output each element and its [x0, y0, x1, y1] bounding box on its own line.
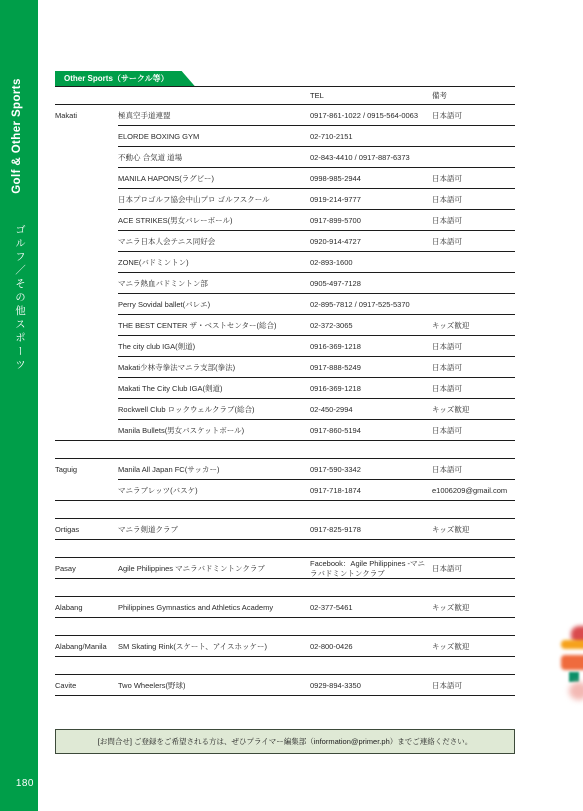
club-name: SM Skating Rink(スケート、アイスホッケー): [118, 642, 310, 652]
tel-value: 0919-214-9777: [310, 195, 432, 205]
table-row: ZONE(バドミントン)02-893-1600: [55, 252, 515, 273]
club-name: Makati少林寺拳法マニラ支部(拳法): [118, 363, 310, 373]
club-name: 不動心 合気道 道場: [118, 153, 310, 163]
column-header-row: TEL 備考: [55, 86, 515, 105]
club-name: Agile Philippines マニラバドミントンクラブ: [118, 564, 310, 574]
tel-value: 0929-894-3350: [310, 681, 432, 691]
club-name: Perry Sovidal ballet(バレエ): [118, 300, 310, 310]
table-row: THE BEST CENTER ザ・ベストセンター(総合)02-372-3065…: [55, 315, 515, 336]
location-label: Pasay: [55, 564, 118, 574]
club-name: ELORDE BOXING GYM: [118, 132, 310, 142]
club-name: Makati The City Club IGA(剣道): [118, 384, 310, 394]
footer-notice: [お問合せ] ご登録をご希望される方は、ぜひプライマー編集部（informati…: [55, 729, 515, 754]
table-section: AlabangPhilippines Gymnastics and Athlet…: [55, 596, 515, 618]
table-section: Alabang/ManilaSM Skating Rink(スケート、アイスホッ…: [55, 635, 515, 657]
table-row: Manila Bullets(男女バスケットボール)0917-860-5194日…: [55, 420, 515, 441]
red-shape: [571, 626, 583, 644]
page-bleed-decoration: [553, 626, 583, 710]
club-name: THE BEST CENTER ザ・ベストセンター(総合): [118, 321, 310, 331]
table-row: TaguigManila All Japan FC(サッカー)0917-590-…: [55, 459, 515, 480]
location-label: Alabang: [55, 603, 118, 613]
directory-table: Makati極真空手道連盟0917-861-1022 / 0915-564-00…: [55, 105, 515, 696]
sidebar-title-japanese: ゴルフ／その他スポーツ: [13, 224, 28, 373]
table-row: 日本プロゴルフ協会中山プロ ゴルフスクール0919-214-9777日本語可: [55, 189, 515, 210]
remarks-value: 日本語可: [432, 237, 515, 247]
location-label: Cavite: [55, 681, 118, 691]
club-name: 極真空手道連盟: [118, 111, 310, 121]
club-name: マニラ熱血バドミントン部: [118, 279, 310, 289]
table-row: Makati The City Club IGA(剣道)0916-369-121…: [55, 378, 515, 399]
club-name: Rockwell Club ロックウェルクラブ(総合): [118, 405, 310, 415]
table-row: マニラ熱血バドミントン部0905-497-7128: [55, 273, 515, 294]
tel-value: 0905-497-7128: [310, 279, 432, 289]
tel-value: 02-843-4410 / 0917-887-6373: [310, 153, 432, 163]
tel-value: 0916-369-1218: [310, 384, 432, 394]
tel-value: 0916-369-1218: [310, 342, 432, 352]
tel-value: 0917-860-5194: [310, 426, 432, 436]
location-label: Taguig: [55, 465, 118, 475]
remarks-value: e1006209@gmail.com: [432, 486, 515, 496]
tel-value: 02-895-7812 / 0917-525-5370: [310, 300, 432, 310]
location-label: Alabang/Manila: [55, 642, 118, 652]
page-number: 180: [16, 778, 34, 789]
tel-value: 0917-899-5700: [310, 216, 432, 226]
remarks-value: 日本語可: [432, 384, 515, 394]
table-row: Alabang/ManilaSM Skating Rink(スケート、アイスホッ…: [55, 636, 515, 657]
table-row: ELORDE BOXING GYM02-710-2151: [55, 126, 515, 147]
green-square-shape: [569, 672, 579, 682]
tel-value: 02-450-2994: [310, 405, 432, 415]
club-name: Philippines Gymnastics and Athletics Aca…: [118, 603, 310, 613]
magazine-page: Golf & Other Sports ゴルフ／その他スポーツ 180 Othe…: [0, 0, 583, 811]
table-row: PasayAgile Philippines マニラバドミントンクラブFaceb…: [55, 558, 515, 579]
club-name: Manila All Japan FC(サッカー): [118, 465, 310, 475]
table-section: PasayAgile Philippines マニラバドミントンクラブFaceb…: [55, 557, 515, 579]
table-row: マニラブレッツ(バスケ)0917-718-1874e1006209@gmail.…: [55, 480, 515, 501]
tel-value: 0917-861-1022 / 0915-564-0063: [310, 111, 432, 121]
tel-value: 0920-914-4727: [310, 237, 432, 247]
remarks-value: 日本語可: [432, 111, 515, 121]
club-name: ACE STRIKES(男女バレーボール): [118, 216, 310, 226]
tel-value: 02-377-5461: [310, 603, 432, 613]
table-row: Makati少林寺拳法マニラ支部(拳法)0917-888-5249日本語可: [55, 357, 515, 378]
club-name: ZONE(バドミントン): [118, 258, 310, 268]
club-name: マニラブレッツ(バスケ): [118, 486, 310, 496]
remarks-value: 日本語可: [432, 342, 515, 352]
remarks-value: 日本語可: [432, 465, 515, 475]
tel-value: 0917-718-1874: [310, 486, 432, 496]
club-name: マニラ日本人会テニス同好会: [118, 237, 310, 247]
table-row: Ortigasマニラ剣道クラブ0917-825-9178キッズ歓迎: [55, 519, 515, 540]
tel-value: Facebook：Agile Philippines -マニラバドミントンクラブ: [310, 559, 432, 579]
remarks-value: 日本語可: [432, 564, 515, 574]
table-row: ACE STRIKES(男女バレーボール)0917-899-5700日本語可: [55, 210, 515, 231]
location-label: Makati: [55, 111, 118, 121]
pink-shape: [569, 682, 583, 700]
club-name: Two Wheelers(野球): [118, 681, 310, 691]
table-section: TaguigManila All Japan FC(サッカー)0917-590-…: [55, 458, 515, 501]
content-area: Other Sports（サークル等） TEL 備考 Makati極真空手道連盟…: [55, 68, 515, 754]
table-row: MANILA HAPONS(ラグビー)0998-985-2944日本語可: [55, 168, 515, 189]
location-label: Ortigas: [55, 525, 118, 535]
tel-value: 0917-590-3342: [310, 465, 432, 475]
tel-value: 02-893-1600: [310, 258, 432, 268]
tel-value: 0917-825-9178: [310, 525, 432, 535]
table-section: Ortigasマニラ剣道クラブ0917-825-9178キッズ歓迎: [55, 518, 515, 540]
remarks-value: キッズ歓迎: [432, 525, 515, 535]
column-header-tel: TEL: [310, 91, 432, 100]
club-name: マニラ剣道クラブ: [118, 525, 310, 535]
tel-value: 0917-888-5249: [310, 363, 432, 373]
tel-value: 02-372-3065: [310, 321, 432, 331]
club-name: Manila Bullets(男女バスケットボール): [118, 426, 310, 436]
remarks-value: 日本語可: [432, 216, 515, 226]
remarks-value: キッズ歓迎: [432, 321, 515, 331]
orange-bar-shape: [561, 640, 583, 649]
remarks-value: 日本語可: [432, 195, 515, 205]
sidebar: Golf & Other Sports ゴルフ／その他スポーツ 180: [0, 0, 38, 811]
club-name: MANILA HAPONS(ラグビー): [118, 174, 310, 184]
table-row: The city club IGA(剣道)0916-369-1218日本語可: [55, 336, 515, 357]
column-header-remarks: 備考: [432, 90, 515, 101]
remarks-value: 日本語可: [432, 681, 515, 691]
remarks-value: キッズ歓迎: [432, 405, 515, 415]
table-row: 不動心 合気道 道場02-843-4410 / 0917-887-6373: [55, 147, 515, 168]
tel-value: 02-710-2151: [310, 132, 432, 142]
tel-value: 0998-985-2944: [310, 174, 432, 184]
table-row: Makati極真空手道連盟0917-861-1022 / 0915-564-00…: [55, 105, 515, 126]
remarks-value: 日本語可: [432, 363, 515, 373]
club-name: 日本プロゴルフ協会中山プロ ゴルフスクール: [118, 195, 310, 205]
remarks-value: キッズ歓迎: [432, 603, 515, 613]
club-name: The city club IGA(剣道): [118, 342, 310, 352]
orange-red-shape: [561, 655, 583, 670]
table-section: CaviteTwo Wheelers(野球)0929-894-3350日本語可: [55, 674, 515, 696]
remarks-value: 日本語可: [432, 174, 515, 184]
remarks-value: 日本語可: [432, 426, 515, 436]
table-row: マニラ日本人会テニス同好会0920-914-4727日本語可: [55, 231, 515, 252]
section-tab: Other Sports（サークル等）: [55, 71, 195, 86]
tel-value: 02-800-0426: [310, 642, 432, 652]
remarks-value: キッズ歓迎: [432, 642, 515, 652]
table-row: Rockwell Club ロックウェルクラブ(総合)02-450-2994キッ…: [55, 399, 515, 420]
sidebar-title-english: Golf & Other Sports: [11, 51, 27, 221]
table-row: AlabangPhilippines Gymnastics and Athlet…: [55, 597, 515, 618]
table-section: Makati極真空手道連盟0917-861-1022 / 0915-564-00…: [55, 105, 515, 441]
table-row: CaviteTwo Wheelers(野球)0929-894-3350日本語可: [55, 675, 515, 696]
table-row: Perry Sovidal ballet(バレエ)02-895-7812 / 0…: [55, 294, 515, 315]
